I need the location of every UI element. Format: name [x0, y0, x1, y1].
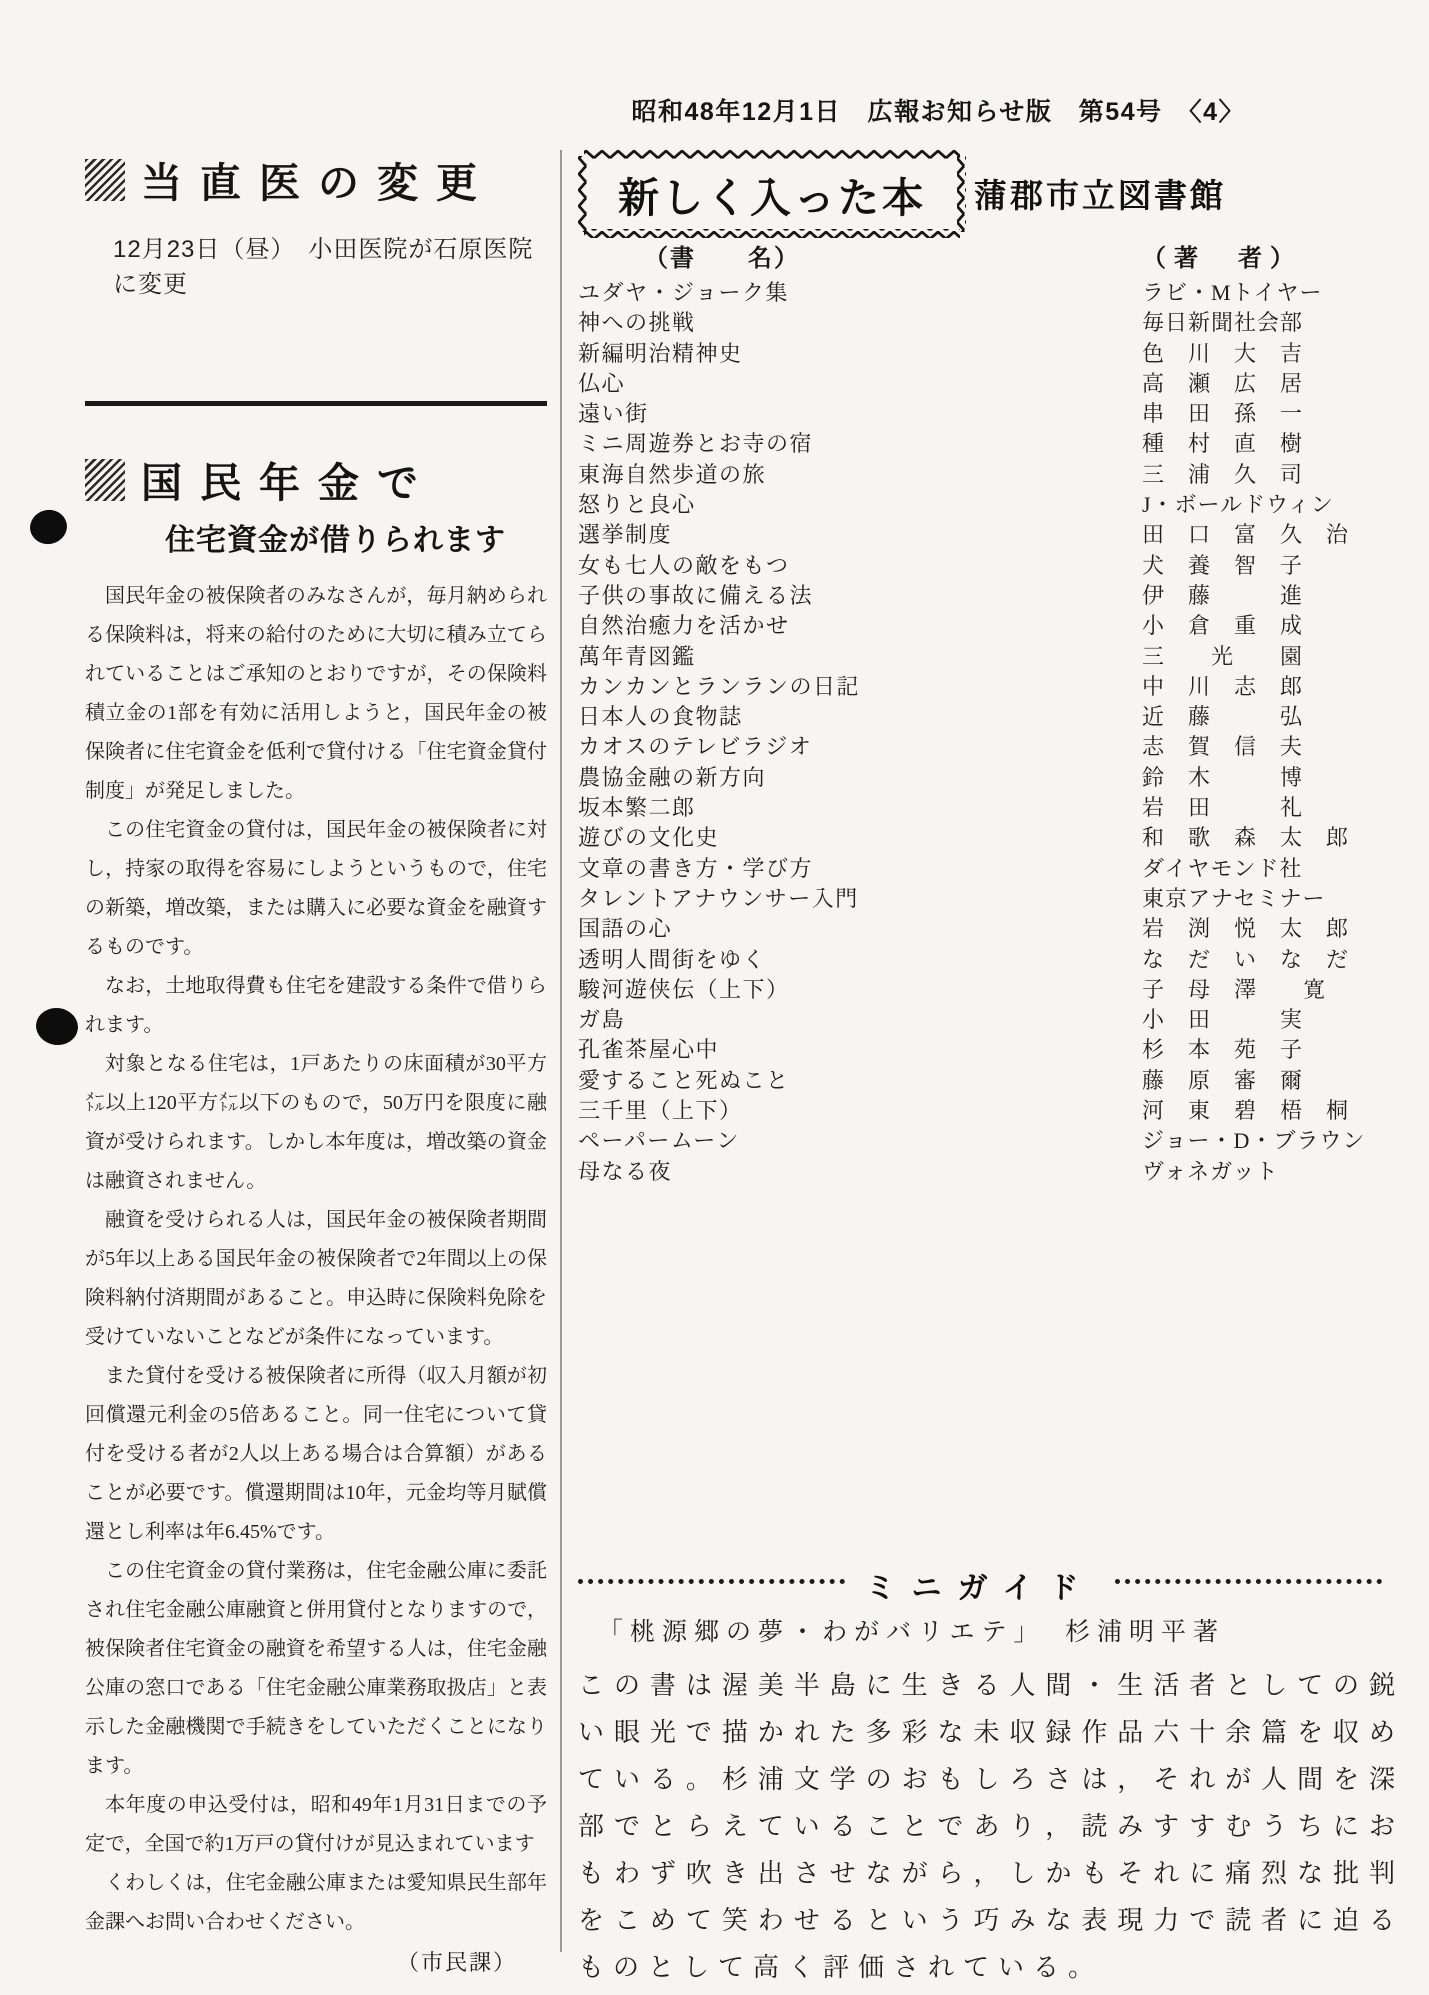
book-title: 坂本繁二郎 — [578, 791, 696, 822]
duty-change-line: 12月23日（昼） 小田医院が石原医院に変更 — [85, 229, 547, 299]
article-paragraph: くわしくは，住宅金融公庫または愛知県民生部年金課へお問い合わせください。 — [85, 1864, 547, 1942]
book-author: 杉 本 苑 子 — [1142, 1033, 1303, 1064]
book-title: 神への挑戦 — [578, 306, 696, 337]
book-author: 色 川 大 吉 — [1142, 337, 1303, 368]
miniguide-title: ミニガイド — [865, 1563, 1094, 1607]
book-title: 文章の書き方・学び方 — [578, 852, 813, 883]
duty-doctor-title: 当直医の変更 — [141, 150, 495, 209]
book-row: ミニ周遊券とお寺の宿 種 村 直 樹 — [578, 427, 1404, 457]
book-row: 女も七人の敵をもつ 犬 養 智 子 — [578, 549, 1404, 579]
book-title: ユダヤ・ジョーク集 — [578, 276, 789, 307]
book-title: 仏心 — [578, 367, 625, 398]
article-paragraph: この住宅資金の貸付は，国民年金の被保険者に対し，持家の取得を容易にしようというも… — [85, 811, 547, 967]
book-list: ユダヤ・ジョーク集 ラビ・Mトイヤー 神への挑戦 毎日新聞社会部 新編明治精神史… — [578, 276, 1404, 1185]
book-title: カンカンとランランの日記 — [578, 670, 860, 701]
miniguide-body: この書は渥美半島に生きる人間・生活者としての鋭い眼光で描かれた多彩な未収録作品六… — [578, 1662, 1404, 1991]
miniguide-heading: ミニガイド — [578, 1563, 1382, 1607]
book-author: 田 口 富 久 治 — [1142, 518, 1349, 549]
book-row: 遊びの文化史 和 歌 森 太 郎 — [578, 821, 1404, 851]
ink-spot — [27, 507, 70, 548]
pension-title-line2: 住宅資金が借りられます — [85, 515, 547, 559]
hatch-icon — [85, 459, 125, 501]
miniguide-book-line: 「桃源郷の夢・わがバリエテ」 杉浦明平著 — [598, 1612, 1225, 1648]
book-title: 自然治癒力を活かせ — [578, 609, 790, 640]
article-paragraph: 国民年金の被保険者のみなさんが，毎月納められる保険料は，将来の給付のために大切に… — [85, 577, 547, 811]
book-title: 新編明治精神史 — [578, 337, 743, 368]
book-title: 萬年青図鑑 — [578, 640, 696, 671]
book-row: 坂本繁二郎 岩 田 礼 — [578, 791, 1404, 821]
duty-doctor-heading: 当直医の変更 — [85, 150, 547, 209]
book-author: ジョー・D・ブラウン — [1142, 1124, 1365, 1155]
ink-spot — [34, 1005, 81, 1047]
book-author: 中 川 志 郎 — [1142, 670, 1303, 701]
column-header-author: （著 者） — [1142, 238, 1302, 273]
book-author: 種 村 直 樹 — [1142, 427, 1303, 458]
hatch-icon — [85, 159, 125, 201]
book-row: 遠い街 串 田 孫 一 — [578, 397, 1404, 427]
book-author: 子 母 澤 寛 — [1142, 973, 1326, 1004]
book-row: 農協金融の新方向 鈴 木 博 — [578, 761, 1404, 791]
new-books-box: 新しく入った本 — [578, 150, 966, 238]
book-title: 愛すること死ぬこと — [578, 1064, 790, 1095]
book-author: 東京アナセミナー — [1142, 882, 1326, 913]
book-author: 三 浦 久 司 — [1142, 458, 1303, 489]
book-author: 岩 渕 悦 太 郎 — [1142, 912, 1349, 943]
book-author: ラビ・Mトイヤー — [1142, 276, 1322, 307]
book-title: 孔雀茶屋心中 — [578, 1033, 719, 1064]
book-row: 駿河遊侠伝（上下） 子 母 澤 寛 — [578, 973, 1404, 1003]
book-author: 河 東 碧 梧 桐 — [1142, 1094, 1349, 1125]
book-row: 怒りと良心 J・ボールドウィン — [578, 488, 1404, 518]
book-row: ペーパームーン ジョー・D・ブラウン — [578, 1124, 1404, 1154]
book-title: 農協金融の新方向 — [578, 761, 766, 792]
library-name: 蒲郡市立図書館 — [974, 170, 1226, 217]
book-row: 母なる夜 ヴォネガット — [578, 1155, 1404, 1185]
book-row: 自然治癒力を活かせ 小 倉 重 成 — [578, 609, 1404, 639]
book-title: 女も七人の敵をもつ — [578, 549, 790, 580]
book-title: 母なる夜 — [578, 1155, 672, 1186]
book-title: 子供の事故に備える法 — [578, 579, 813, 610]
book-row: 文章の書き方・学び方 ダイヤモンド社 — [578, 852, 1404, 882]
masthead: 昭和48年12月1日 広報お知らせ版 第54号 〈4〉 — [632, 92, 1245, 128]
article-paragraph: この住宅資金の貸付業務は，住宅金融公庫に委託され住宅金融公庫融資と併用貸付となり… — [85, 1552, 547, 1786]
book-row: タレントアナウンサー入門 東京アナセミナー — [578, 882, 1404, 912]
book-row: 愛すること死ぬこと 藤 原 審 爾 — [578, 1064, 1404, 1094]
dotted-leader — [578, 1579, 845, 1584]
pension-title-line1: 国民年金で — [141, 450, 436, 509]
book-row: 選挙制度 田 口 富 久 治 — [578, 518, 1404, 548]
book-row: ユダヤ・ジョーク集 ラビ・Mトイヤー — [578, 276, 1404, 306]
book-title: 駿河遊侠伝（上下） — [578, 973, 790, 1004]
book-author: ヴォネガット — [1142, 1155, 1279, 1186]
book-author: 串 田 孫 一 — [1142, 397, 1303, 428]
book-author: 小 田 実 — [1142, 1003, 1303, 1034]
book-row: 神への挑戦 毎日新聞社会部 — [578, 306, 1404, 336]
book-row: 三千里（上下） 河 東 碧 梧 桐 — [578, 1094, 1404, 1124]
book-author: ダイヤモンド社 — [1142, 852, 1303, 883]
section-rule — [85, 401, 547, 406]
book-title: 遊びの文化史 — [578, 821, 719, 852]
book-title: 三千里（上下） — [578, 1094, 743, 1125]
book-author: 志 賀 信 夫 — [1142, 730, 1303, 761]
book-title: 国語の心 — [578, 912, 672, 943]
book-author: 毎日新聞社会部 — [1142, 306, 1303, 337]
book-title: ミニ周遊券とお寺の宿 — [578, 427, 813, 458]
book-row: 日本人の食物誌 近 藤 弘 — [578, 700, 1404, 730]
book-title: ガ島 — [578, 1003, 625, 1034]
book-title: 遠い街 — [578, 397, 649, 428]
pension-heading: 国民年金で 住宅資金が借りられます — [85, 450, 547, 559]
column-header-title: （書 名） — [644, 238, 800, 273]
book-row: 仏心 高 瀬 広 居 — [578, 367, 1404, 397]
book-author: 和 歌 森 太 郎 — [1142, 821, 1349, 852]
new-books-title: 新しく入った本 — [618, 165, 926, 224]
book-row: カンカンとランランの日記 中 川 志 郎 — [578, 670, 1404, 700]
book-title: 選挙制度 — [578, 518, 672, 549]
book-title: 東海自然歩道の旅 — [578, 458, 766, 489]
book-author: 犬 養 智 子 — [1142, 549, 1303, 580]
pension-article: 国民年金の被保険者のみなさんが，毎月納められる保険料は，将来の給付のために大切に… — [85, 577, 547, 1942]
signature: （市民課） — [85, 1946, 547, 1977]
book-title: タレントアナウンサー入門 — [578, 882, 859, 913]
left-column: 当直医の変更 12月23日（昼） 小田医院が石原医院に変更 国民年金で 住宅資金… — [85, 150, 547, 1977]
article-paragraph: 本年度の申込受付は，昭和49年1月31日までの予定で，全国で約1万戸の貸付けが見… — [85, 1786, 547, 1864]
book-author: 高 瀬 広 居 — [1142, 367, 1303, 398]
book-row: 透明人間街をゆく な だ い な だ — [578, 943, 1404, 973]
book-author: 小 倉 重 成 — [1142, 609, 1303, 640]
book-row: 孔雀茶屋心中 杉 本 苑 子 — [578, 1033, 1404, 1063]
book-author: 岩 田 礼 — [1142, 791, 1303, 822]
newsletter-page: 昭和48年12月1日 広報お知らせ版 第54号 〈4〉 当直医の変更 12月23… — [0, 0, 1429, 1995]
book-author: 近 藤 弘 — [1142, 700, 1303, 731]
book-title: カオスのテレビラジオ — [578, 730, 812, 761]
book-title: 透明人間街をゆく — [578, 943, 766, 974]
article-paragraph: なお，土地取得費も住宅を建設する条件で借りられます。 — [85, 967, 547, 1045]
article-paragraph: 対象となる住宅は，1戸あたりの床面積が30平方㍍以上120平方㍍以下のもので，5… — [85, 1045, 547, 1201]
book-row: 新編明治精神史 色 川 大 吉 — [578, 337, 1404, 367]
book-row: カオスのテレビラジオ 志 賀 信 夫 — [578, 730, 1404, 760]
book-row: 萬年青図鑑 三 光 園 — [578, 640, 1404, 670]
library-column: 新しく入った本 蒲郡市立図書館 （書 名） （著 者） ユダヤ・ジョーク集 ラビ… — [578, 150, 1404, 1995]
dotted-leader — [1115, 1579, 1382, 1584]
book-author: 伊 藤 進 — [1142, 579, 1303, 610]
book-author: な だ い な だ — [1142, 943, 1349, 974]
book-title: 日本人の食物誌 — [578, 700, 743, 731]
book-row: 東海自然歩道の旅 三 浦 久 司 — [578, 458, 1404, 488]
book-row: 国語の心 岩 渕 悦 太 郎 — [578, 912, 1404, 942]
book-title: ペーパームーン — [578, 1124, 740, 1155]
book-row: ガ島 小 田 実 — [578, 1003, 1404, 1033]
book-row: 子供の事故に備える法 伊 藤 進 — [578, 579, 1404, 609]
book-title: 怒りと良心 — [578, 488, 696, 519]
book-author: 藤 原 審 爾 — [1142, 1064, 1303, 1095]
book-author: J・ボールドウィン — [1142, 488, 1334, 519]
book-author: 三 光 園 — [1142, 640, 1303, 671]
article-paragraph: また貸付を受ける被保険者に所得（収入月額が初回償還元利金の5倍あること。同一住宅… — [85, 1357, 547, 1552]
article-paragraph: 融資を受けられる人は，国民年金の被保険者期間が5年以上ある国民年金の被保険者で2… — [85, 1201, 547, 1357]
book-author: 鈴 木 博 — [1142, 761, 1303, 792]
column-divider — [560, 150, 562, 1952]
